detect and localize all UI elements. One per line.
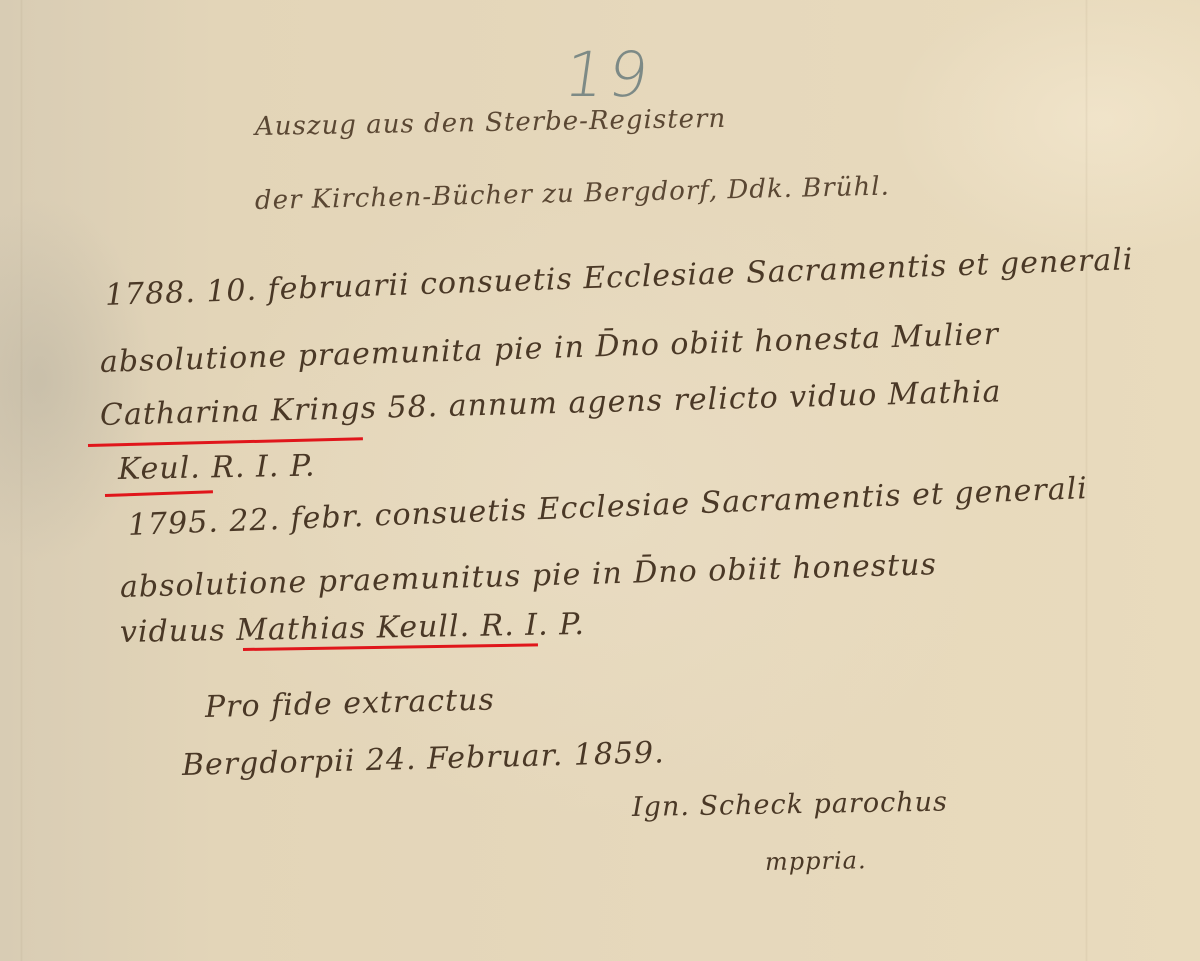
red-underline-catharina-krings bbox=[88, 437, 363, 447]
folio-number: 19 bbox=[560, 38, 657, 111]
closing-pro-fide: Pro fide extractus bbox=[205, 682, 496, 725]
entry-1-line-3: Catharina Krings 58. annum agens relicto… bbox=[100, 374, 1002, 433]
red-underline-keul bbox=[105, 490, 213, 497]
entry-1-line-4: Keul. R. I. P. bbox=[118, 449, 316, 487]
scanned-document-page: 19 Auszug aus den Sterbe-Registern der K… bbox=[0, 0, 1200, 961]
entry-1-line-1: 1788. 10. februarii consuetis Ecclesiae … bbox=[104, 242, 1134, 313]
heading-line-1: Auszug aus den Sterbe-Registern bbox=[255, 104, 727, 142]
signature-suffix: mppria. bbox=[765, 846, 867, 876]
heading-line-2: der Kirchen-Bücher zu Bergdorf, Ddk. Brü… bbox=[255, 172, 890, 216]
entry-1-line-2: absolutione praemunita pie in D̄no obiit… bbox=[99, 317, 999, 380]
closing-place-date: Bergdorpii 24. Februar. 1859. bbox=[182, 735, 666, 783]
signature-name: Ign. Scheck parochus bbox=[632, 786, 948, 823]
paper-fold-crease bbox=[20, 0, 23, 961]
entry-2-line-2: absolutione praemunitus pie in D̄no obii… bbox=[120, 547, 938, 605]
